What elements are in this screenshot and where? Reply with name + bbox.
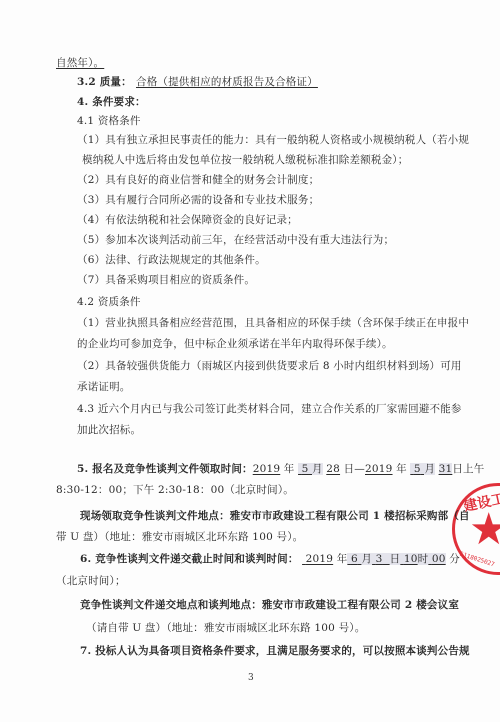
text-line-content: （1）具有独立承担民事责任的能力：具有一般纳税人资格或小规模纳税人（若小规 (77, 134, 469, 146)
text-line: （4）有依法纳税和社会保障资金的良好记录； (77, 213, 298, 227)
text-line-content: 4.2 资质条件 (77, 296, 141, 308)
text-line-content: 带 U 盘）（地址：雅安市雨城区北环东路 100 号）。 (56, 531, 303, 543)
text-line: 带 U 盘）（地址：雅安市雨城区北环东路 100 号）。 (56, 530, 303, 544)
end-year: 2019 (365, 463, 393, 475)
deadline-day: 3 (372, 553, 390, 565)
deadline-minute: 00 (428, 553, 445, 565)
section-5-label: 5. 报名及竞争性谈判文件领取时间： (77, 463, 253, 475)
deadline-year: 2019 (302, 553, 333, 565)
text-line-content: 合格（提供相应的材质报告及合格证） (136, 76, 318, 88)
text-line: 模纳税人中选后将由发包单位按一般纳税人缴税标准扣除差额税金）； (82, 153, 408, 167)
text-line-content: 加此次招标。 (77, 424, 141, 436)
text-line: （5）参加本次谈判活动前三年，在经营活动中没有重大违法行为； (77, 233, 394, 247)
text-line: （6）法律、行政法规规定的其他条件。 (77, 253, 266, 267)
year-char: 年 (337, 553, 348, 565)
text-line: 加此次招标。 (77, 423, 141, 437)
text-line-content: 的企业均可参加竞争，但中标企业须承诺在半年内取得环保手续）。 (77, 338, 393, 350)
month-char: 月 (424, 463, 435, 475)
text-line-content: 7. 投标人认为具备项目资格条件要求，且满足服务要求的，可以按照本谈判公告规 (80, 645, 470, 657)
text-line: 4. 条件要求： (77, 95, 146, 109)
text-line: 的企业均可参加竞争，但中标企业须承诺在半年内取得环保手续）。 (77, 337, 393, 351)
text-line: （7）具备采购项目相应的资质条件。 (77, 273, 255, 287)
text-line-content: （2）具有良好的商业信誉和健全的财务会计制度； (77, 174, 319, 186)
start-day: 28 (326, 463, 340, 475)
text-line: （3）具有履行合同所必需的设备和专业技术服务； (77, 193, 319, 207)
text-line-content: 4.3 近六个月内已与我公司签订此类材料合同，建立合作关系的厂家需回避不能参 (77, 403, 462, 415)
text-line: （2）具有良好的商业信誉和健全的财务会计制度； (77, 173, 319, 187)
dash: — (354, 463, 365, 475)
text-line-content: （3）具有履行合同所必需的设备和专业技术服务； (77, 194, 319, 206)
section-6-line: 6. 竞争性谈判文件递交截止时间和谈判时间： 2019 年 6 月 3 日 10… (80, 552, 460, 566)
text-line: 现场领取竞争性谈判文件地点：雅安市市政建设工程有限公司 1 楼招标采购部（自 (80, 509, 470, 523)
text-line: （1）营业执照具备相应经营范围，且具备相应的环保手续（含环保手续正在申报中 (77, 316, 469, 330)
text-line: （北京时间）； (56, 574, 126, 588)
deadline-hour: 10 (400, 553, 417, 565)
text-line: 8:30-12：00；下午 2:30-18：00（北京时间）。 (56, 483, 294, 497)
text-line: 4.1 资格条件 (77, 114, 141, 128)
text-line-content: （北京时间）； (56, 575, 126, 587)
text-line-content: （5）参加本次谈判活动前三年，在经营活动中没有重大违法行为； (77, 234, 394, 246)
start-month: 5 (298, 463, 312, 475)
text-line: 承诺证明。 (77, 380, 131, 394)
text-line-content: （4）有依法纳税和社会保障资金的良好记录； (77, 214, 298, 226)
text-line-content: 4.1 资格条件 (77, 115, 141, 127)
text-line: 4.2 资质条件 (77, 295, 141, 309)
text-line-content: 模纳税人中选后将由发包单位按一般纳税人缴税标准扣除差额税金）； (82, 154, 408, 166)
month-char: 月 (312, 463, 323, 475)
section-5-suffix: 日上午 (452, 463, 484, 475)
deadline-month: 6 (347, 553, 361, 565)
text-line: 4.3 近六个月内已与我公司签订此类材料合同，建立合作关系的厂家需回避不能参 (77, 402, 462, 416)
text-line-content: （1）营业执照具备相应经营范围，且具备相应的环保手续（含环保手续正在申报中 (77, 317, 469, 329)
text-line: （2）具备较强供货能力（雨城区内接到供货要求后 8 小时内组织材料到场）可用 (77, 359, 462, 373)
text-line-content: （请自带 U 盘）（地址：雅安市雨城区北环东路 100 号）。 (86, 622, 365, 634)
year-char: 年 (284, 463, 295, 475)
text-line: 合格（提供相应的材质报告及合格证） (136, 75, 318, 89)
text-line-content: 4. 条件要求： (77, 96, 146, 108)
end-month: 5 (410, 463, 424, 475)
text-line: （请自带 U 盘）（地址：雅安市雨城区北环东路 100 号）。 (86, 621, 365, 635)
start-year: 2019 (253, 463, 281, 475)
text-line-content: （2）具备较强供货能力（雨城区内接到供货要求后 8 小时内组织材料到场）可用 (77, 360, 462, 372)
text-line-content: 竞争性谈判文件递交地点和谈判地点：雅安市市政建设工程有限公司 2 楼会议室 (80, 599, 459, 611)
text-line: （1）具有独立承担民事责任的能力：具有一般纳税人资格或小规模纳税人（若小规 (77, 133, 469, 147)
text-line: 3.2 质量： (77, 75, 132, 89)
year-char: 年 (396, 463, 407, 475)
deadline-highlight: 6 月 3 日 10时 00 (347, 553, 445, 565)
text-line-content: 自然年）。 (56, 57, 104, 69)
text-line: 竞争性谈判文件递交地点和谈判地点：雅安市市政建设工程有限公司 2 楼会议室 (80, 598, 459, 612)
text-line-content: （7）具备采购项目相应的资质条件。 (77, 274, 255, 286)
text-line: 7. 投标人认为具备项目资格条件要求，且满足服务要求的，可以按照本谈判公告规 (80, 644, 470, 658)
section-5-line: 5. 报名及竞争性谈判文件领取时间：2019 年 5 月 28 日—2019 年… (77, 462, 484, 476)
text-line-content: （6）法律、行政法规规定的其他条件。 (77, 254, 266, 266)
page-number: 3 (248, 673, 254, 683)
end-day: 31 (439, 463, 453, 475)
text-line-content: 现场领取竞争性谈判文件地点：雅安市市政建设工程有限公司 1 楼招标采购部（自 (80, 510, 470, 522)
day-char: 日 (344, 463, 355, 475)
document-page: 5. 报名及竞争性谈判文件领取时间：2019 年 5 月 28 日—2019 年… (0, 0, 500, 722)
text-line-content: 3.2 质量： (77, 76, 132, 88)
section-6-label: 6. 竞争性谈判文件递交截止时间和谈判时间： (80, 553, 299, 565)
text-line: 自然年）。 (56, 56, 104, 70)
text-line-content: 8:30-12：00；下午 2:30-18：00（北京时间）。 (56, 484, 294, 496)
star-icon: ★ (469, 508, 500, 552)
text-line-content: 承诺证明。 (77, 381, 131, 393)
